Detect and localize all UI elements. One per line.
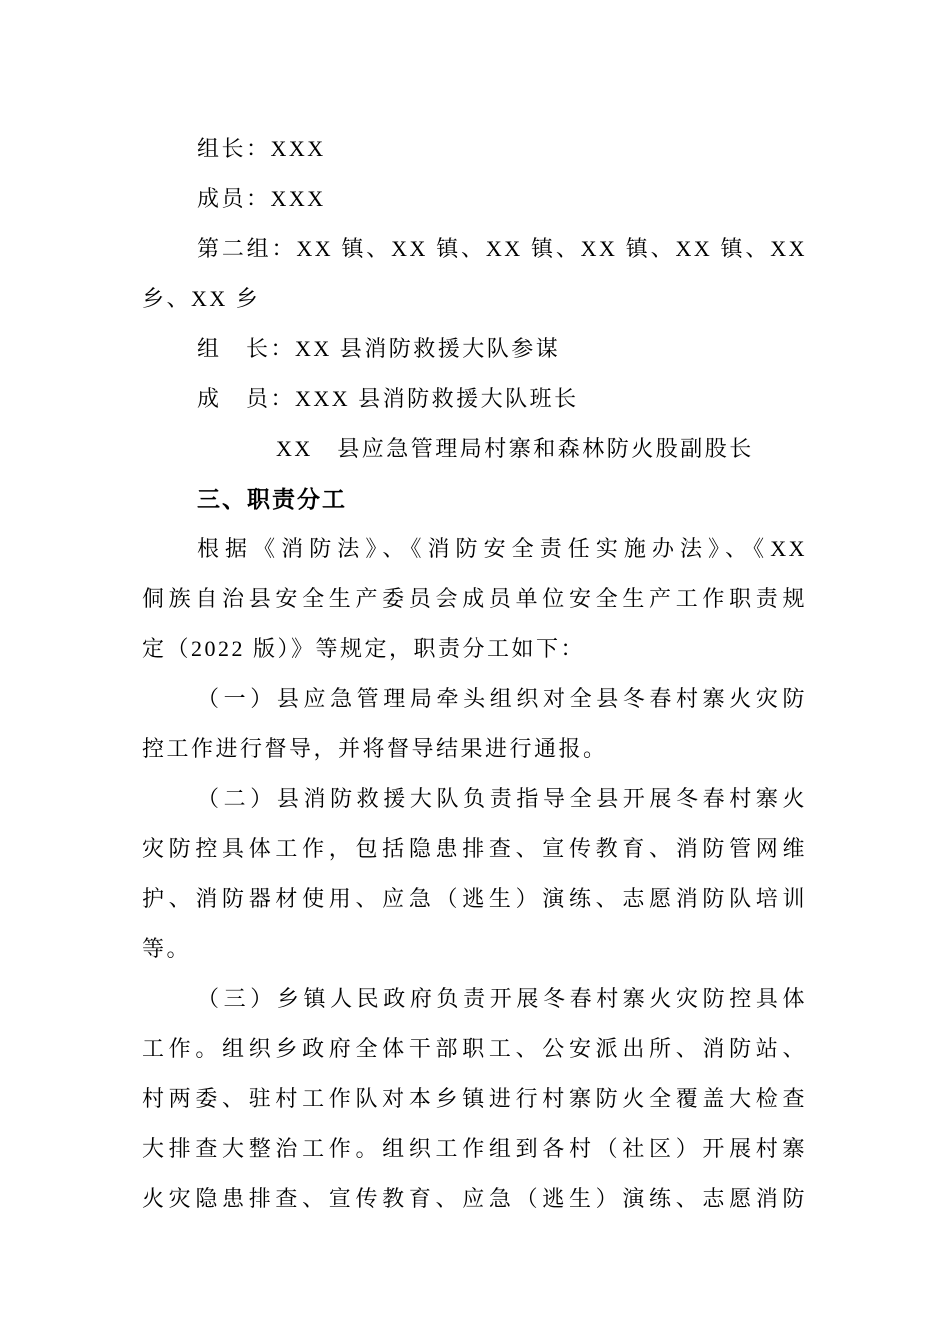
line-basis-3: 定（2022 版）》等规定，职责分工如下： bbox=[142, 624, 807, 674]
line-basis-2: 侗族自治县安全生产委员会成员单位安全生产工作职责规 bbox=[142, 574, 807, 624]
line-basis-1: 根据《消防法》、《消防安全责任实施办法》、《XX bbox=[142, 524, 807, 574]
line-duty2-2: 灾防控具体工作，包括隐患排查、宣传教育、消防管网维 bbox=[142, 824, 807, 874]
line-duty2-3: 护、消防器材使用、应急（逃生）演练、志愿消防队培训 bbox=[142, 874, 807, 924]
line-group2-member: 成 员：XXX 县消防救援大队班长 bbox=[142, 374, 807, 424]
line-duty1-1: （一）县应急管理局牵头组织对全县冬春村寨火灾防 bbox=[142, 674, 807, 724]
section-heading-duties: 三、职责分工 bbox=[142, 474, 807, 524]
line-duty3-3: 村两委、驻村工作队对本乡镇进行村寨防火全覆盖大检查 bbox=[142, 1074, 807, 1124]
line-group2-towns: 第二组：XX 镇、XX 镇、XX 镇、XX 镇、XX 镇、XX bbox=[142, 224, 807, 274]
line-duty2-1: （二）县消防救援大队负责指导全县开展冬春村寨火 bbox=[142, 774, 807, 824]
line-duty3-4: 大排查大整治工作。组织工作组到各村（社区）开展村寨 bbox=[142, 1124, 807, 1174]
line-group2-leader: 组 长：XX 县消防救援大队参谋 bbox=[142, 324, 807, 374]
line-duty1-2: 控工作进行督导，并将督导结果进行通报。 bbox=[142, 724, 807, 774]
line-group2-member-cont: XX 县应急管理局村寨和森林防火股副股长 bbox=[142, 424, 807, 474]
document-page: 组长：XXX 成员：XXX 第二组：XX 镇、XX 镇、XX 镇、XX 镇、XX… bbox=[0, 0, 950, 1344]
document-body: 组长：XXX 成员：XXX 第二组：XX 镇、XX 镇、XX 镇、XX 镇、XX… bbox=[142, 124, 807, 1224]
line-group1-members: 成员：XXX bbox=[142, 174, 807, 224]
line-duty3-1: （三）乡镇人民政府负责开展冬春村寨火灾防控具体 bbox=[142, 974, 807, 1024]
line-duty2-4: 等。 bbox=[142, 924, 807, 974]
line-duty3-2: 工作。组织乡政府全体干部职工、公安派出所、消防站、 bbox=[142, 1024, 807, 1074]
line-group1-leader: 组长：XXX bbox=[142, 124, 807, 174]
line-duty3-5: 火灾隐患排查、宣传教育、应急（逃生）演练、志愿消防 bbox=[142, 1174, 807, 1224]
line-group2-towns-cont: 乡、XX 乡 bbox=[142, 274, 807, 324]
